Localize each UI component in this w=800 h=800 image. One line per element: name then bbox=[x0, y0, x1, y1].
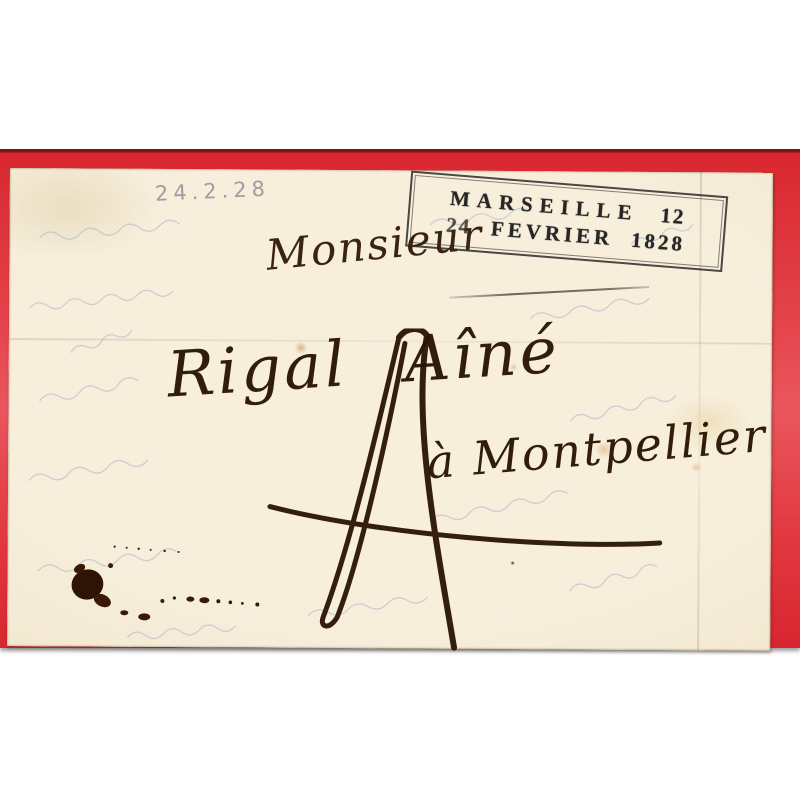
manuscript-rate-4 bbox=[257, 328, 719, 653]
photo-background: 24.2.28 MARSEILLE 12 24 FEVRIER 1828 Mon… bbox=[0, 0, 800, 800]
datestamp-year: 1828 bbox=[630, 228, 686, 257]
letter-paper: 24.2.28 MARSEILLE 12 24 FEVRIER 1828 Mon… bbox=[7, 168, 773, 651]
ink-blot bbox=[52, 540, 283, 631]
datestamp-dept-number: 12 bbox=[659, 203, 686, 230]
